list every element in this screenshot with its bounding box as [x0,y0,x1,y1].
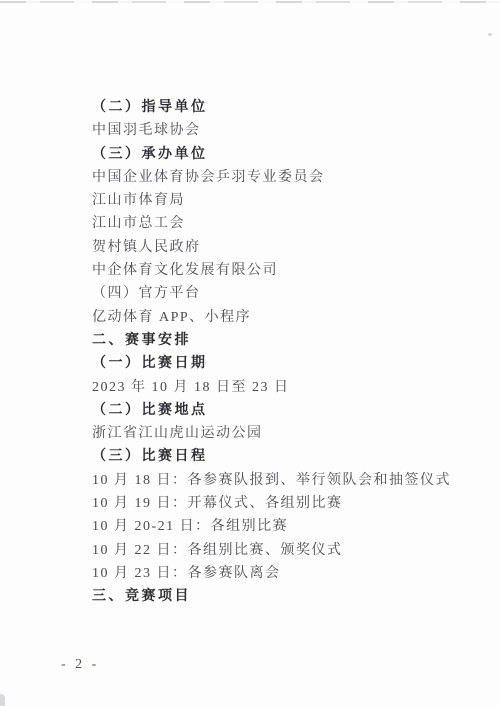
text-line: （四）官方平台 [92,282,422,305]
text-line: 2023 年 10 月 18 日至 23 日 [92,376,422,399]
text-line: （三）承办单位 [92,143,422,166]
text-line: 10 月 18 日：各参赛队报到、举行领队会和抽签仪式 [92,469,422,492]
text-line: 亿动体育 APP、小程序 [92,306,422,329]
text-line: 江山市总工会 [92,212,422,235]
text-line: 10 月 22 日：各组别比赛、颁奖仪式 [92,539,422,562]
text-line: （三）比赛日程 [92,445,422,468]
document-body: （二）指导单位中国羽毛球协会（三）承办单位中国企业体育协会乒羽专业委员会江山市体… [92,96,422,609]
text-line: 贺村镇人民政府 [92,236,422,259]
text-line: 10 月 23 日：各参赛队离会 [92,562,422,585]
scan-smudge-artifact [0,694,5,706]
text-line: 中企体育文化发展有限公司 [92,259,422,282]
text-line: （二）指导单位 [92,96,422,119]
scan-speck-artifact [488,33,492,36]
text-line: 浙江省江山虎山运动公园 [92,422,422,445]
text-line: （二）比赛地点 [92,399,422,422]
text-line: 江山市体育局 [92,189,422,212]
text-line: （一）比赛日期 [92,352,422,375]
text-line: 10 月 20-21 日：各组别比赛 [92,515,422,538]
text-line: 中国企业体育协会乒羽专业委员会 [92,166,422,189]
text-line: 三、竞赛项目 [92,585,422,608]
text-line: 二、赛事安排 [92,329,422,352]
text-line: 中国羽毛球协会 [92,119,422,142]
document-page: （二）指导单位中国羽毛球协会（三）承办单位中国企业体育协会乒羽专业委员会江山市体… [0,0,500,706]
scan-edge-artifact [0,1,500,3]
text-line: 10 月 19 日：开幕仪式、各组别比赛 [92,492,422,515]
page-number: - 2 - [61,657,99,673]
